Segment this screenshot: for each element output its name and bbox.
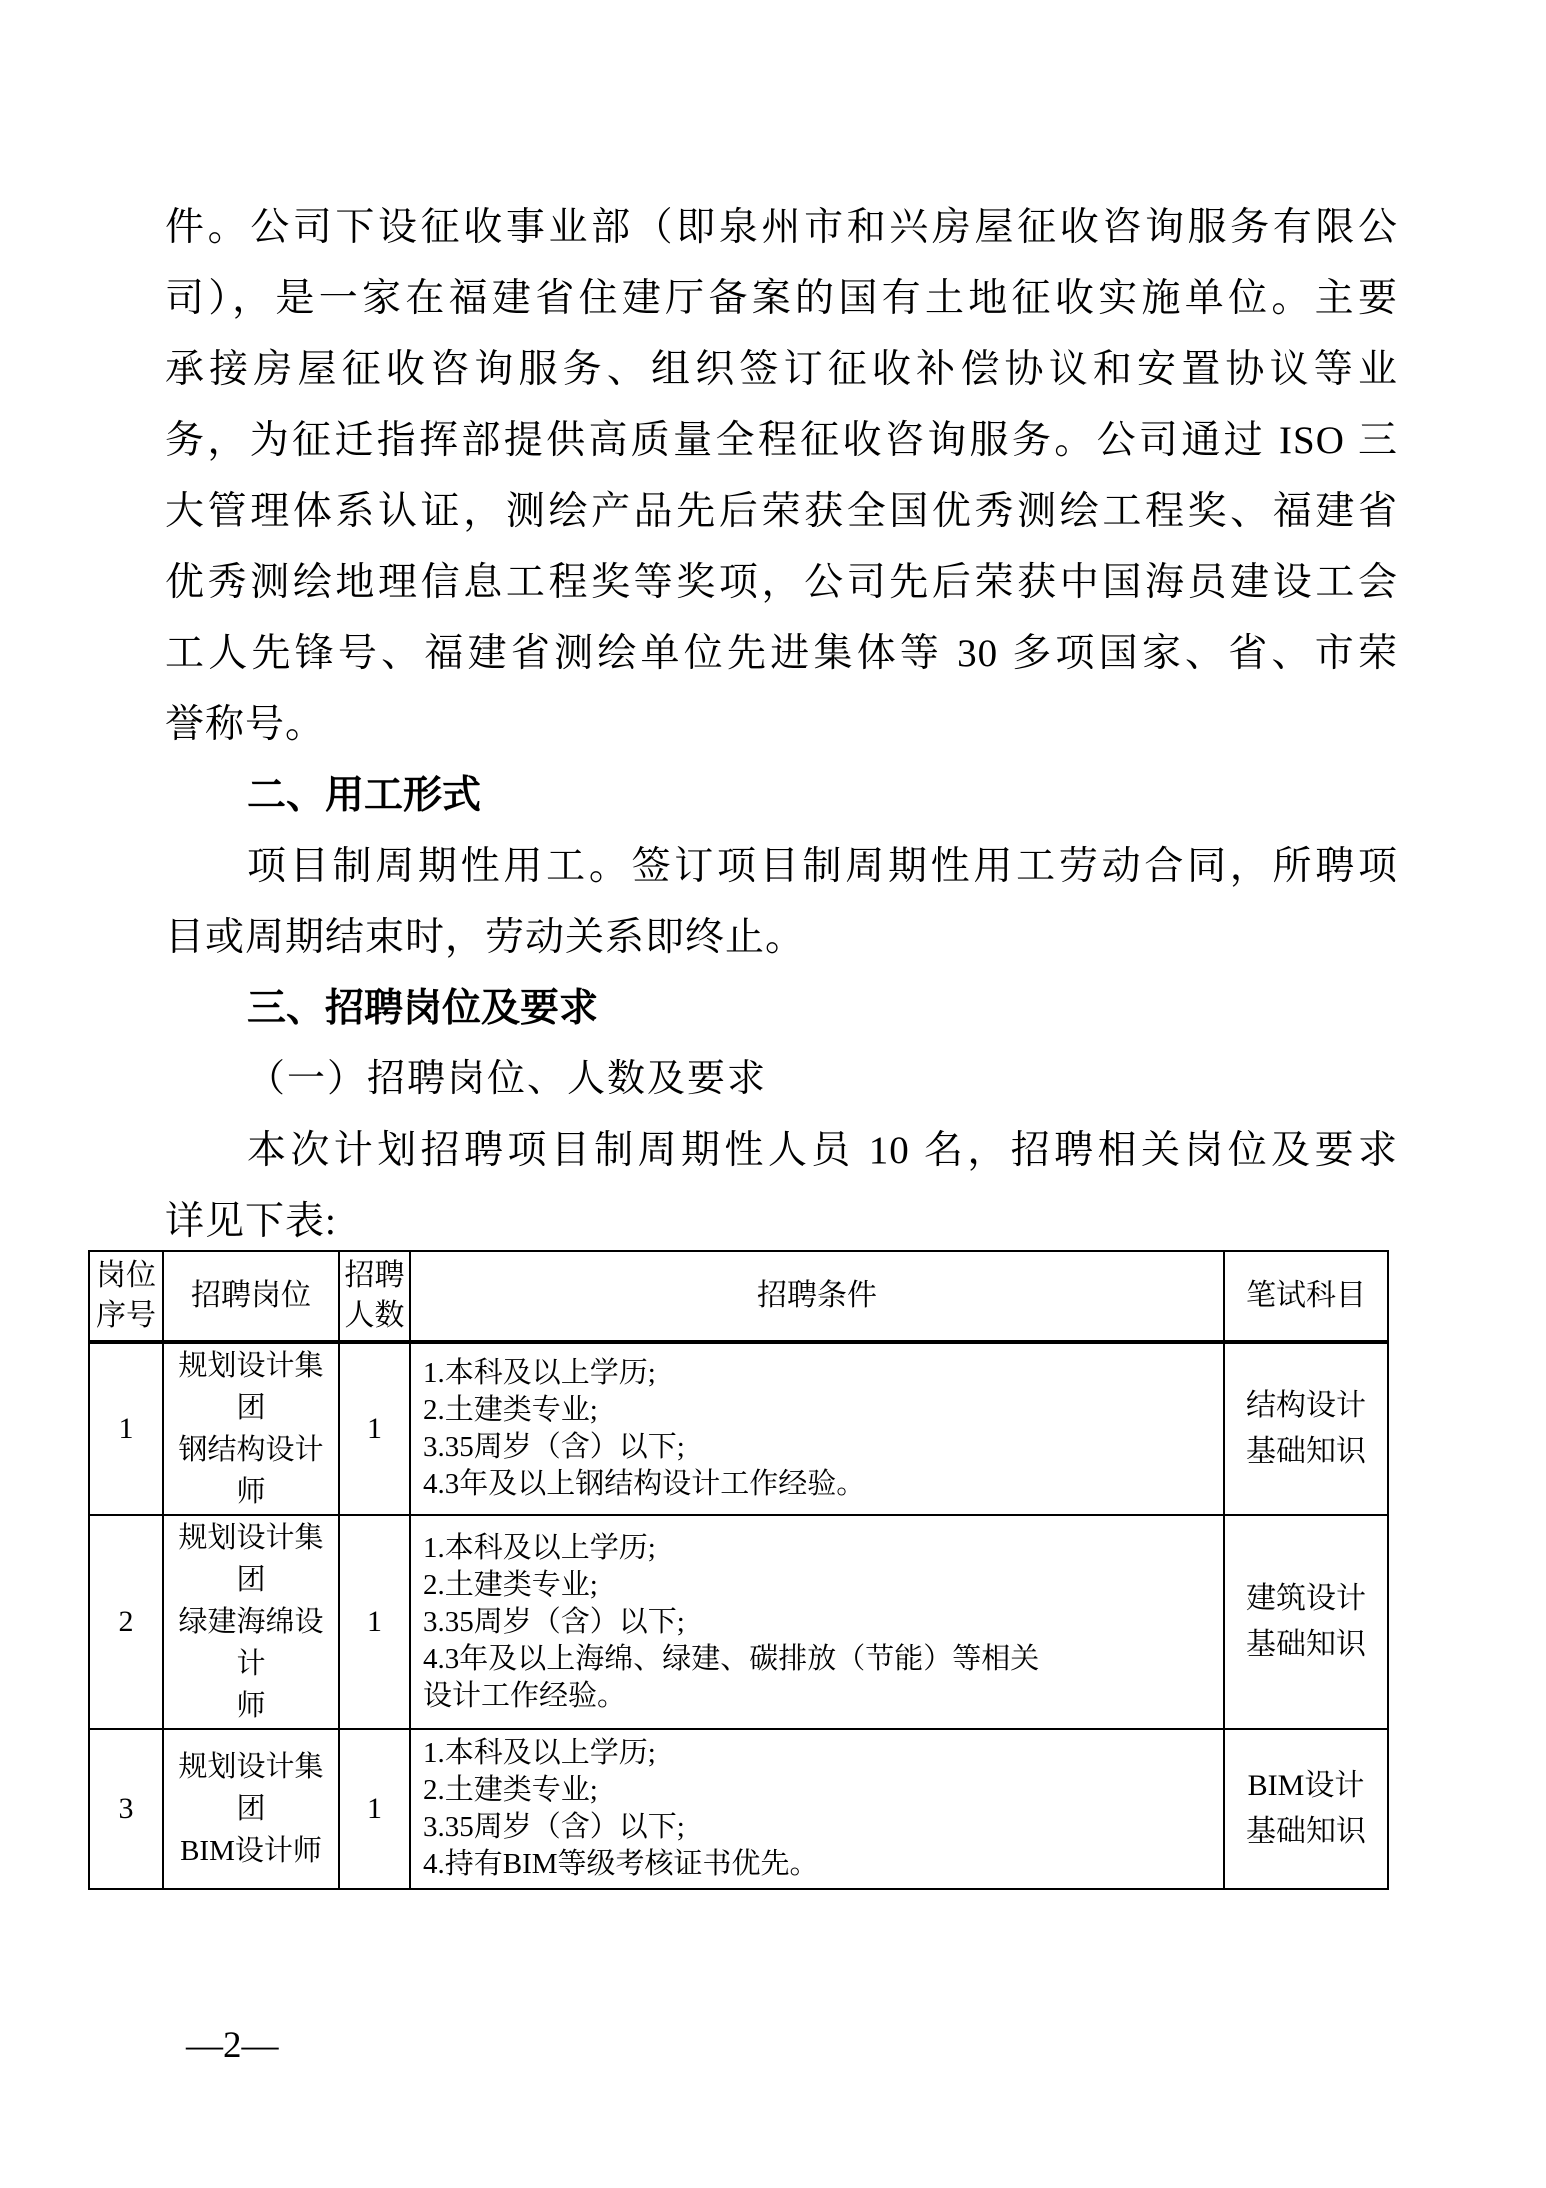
- paragraph-line: 项目制周期性用工。签订项目制周期性用工劳动合同，所聘项: [165, 831, 1398, 902]
- paragraph-line: 详见下表:: [165, 1186, 1398, 1257]
- header-cell-seq: 岗位 序号: [89, 1251, 163, 1342]
- paragraph-line: 优秀测绘地理信息工程奖等奖项，公司先后荣获中国海员建设工会: [165, 547, 1398, 618]
- header-cell-conditions: 招聘条件: [410, 1251, 1224, 1342]
- cell-count: 1: [339, 1515, 410, 1729]
- cell-seq: 1: [89, 1342, 163, 1515]
- paragraph-line: 本次计划招聘项目制周期性人员 10 名，招聘相关岗位及要求: [165, 1115, 1398, 1186]
- section-heading-employment-type: 二、用工形式: [165, 760, 1398, 831]
- section-heading-positions: 三、招聘岗位及要求: [165, 973, 1398, 1044]
- paragraph-line: 承接房屋征收咨询服务、组织签订征收补偿协议和安置协议等业: [165, 334, 1398, 405]
- paragraph-employment-type: 项目制周期性用工。签订项目制周期性用工劳动合同，所聘项 目或周期结束时，劳动关系…: [165, 831, 1398, 973]
- paragraph-line: 务，为征迁指挥部提供高质量全程征收咨询服务。公司通过 ISO 三: [165, 405, 1398, 476]
- cell-exam: 建筑设计 基础知识: [1224, 1515, 1388, 1729]
- cell-count: 1: [339, 1729, 410, 1889]
- table-header-row: 岗位 序号 招聘岗位 招聘 人数 招聘条件 笔试科目: [89, 1251, 1388, 1342]
- cell-exam: 结构设计 基础知识: [1224, 1342, 1388, 1515]
- cell-conditions: 1.本科及以上学历; 2.土建类专业; 3.35周岁（含）以下; 4.持有BIM…: [410, 1729, 1224, 1889]
- paragraph-line: 工人先锋号、福建省测绘单位先进集体等 30 多项国家、省、市荣: [165, 618, 1398, 689]
- recruitment-table: 岗位 序号 招聘岗位 招聘 人数 招聘条件 笔试科目 1 规划设计集团 钢结构设…: [88, 1250, 1389, 1890]
- paragraph-line: 司），是一家在福建省住建厅备案的国有土地征收实施单位。主要: [165, 263, 1398, 334]
- paragraph-line: 大管理体系认证，测绘产品先后荣获全国优秀测绘工程奖、福建省: [165, 476, 1398, 547]
- cell-conditions: 1.本科及以上学历; 2.土建类专业; 3.35周岁（含）以下; 4.3年及以上…: [410, 1515, 1224, 1729]
- cell-position: 规划设计集团 绿建海绵设计 师: [163, 1515, 339, 1729]
- cell-seq: 3: [89, 1729, 163, 1889]
- table-row: 2 规划设计集团 绿建海绵设计 师 1 1.本科及以上学历; 2.土建类专业; …: [89, 1515, 1388, 1729]
- document-page: 件。公司下设征收事业部（即泉州市和兴房屋征收咨询服务有限公 司），是一家在福建省…: [0, 0, 1546, 2188]
- paragraph-company-intro: 件。公司下设征收事业部（即泉州市和兴房屋征收咨询服务有限公 司），是一家在福建省…: [165, 192, 1398, 760]
- header-cell-exam: 笔试科目: [1224, 1251, 1388, 1342]
- subsection-heading-positions: （一）招聘岗位、人数及要求: [165, 1044, 1398, 1115]
- cell-position: 规划设计集团 BIM设计师: [163, 1729, 339, 1889]
- cell-exam: BIM设计 基础知识: [1224, 1729, 1388, 1889]
- header-cell-position: 招聘岗位: [163, 1251, 339, 1342]
- paragraph-line: 目或周期结束时，劳动关系即终止。: [165, 902, 1398, 973]
- cell-count: 1: [339, 1342, 410, 1515]
- paragraph-line: 件。公司下设征收事业部（即泉州市和兴房屋征收咨询服务有限公: [165, 192, 1398, 263]
- document-body: 件。公司下设征收事业部（即泉州市和兴房屋征收咨询服务有限公 司），是一家在福建省…: [165, 192, 1398, 1257]
- cell-conditions: 1.本科及以上学历; 2.土建类专业; 3.35周岁（含）以下; 4.3年及以上…: [410, 1342, 1224, 1515]
- table-row: 3 规划设计集团 BIM设计师 1 1.本科及以上学历; 2.土建类专业; 3.…: [89, 1729, 1388, 1889]
- header-cell-count: 招聘 人数: [339, 1251, 410, 1342]
- table-row: 1 规划设计集团 钢结构设计师 1 1.本科及以上学历; 2.土建类专业; 3.…: [89, 1342, 1388, 1515]
- cell-position: 规划设计集团 钢结构设计师: [163, 1342, 339, 1515]
- page-number: —2—: [186, 2022, 279, 2070]
- cell-seq: 2: [89, 1515, 163, 1729]
- paragraph-recruitment-plan: 本次计划招聘项目制周期性人员 10 名，招聘相关岗位及要求 详见下表:: [165, 1115, 1398, 1257]
- paragraph-line: 誉称号。: [165, 689, 1398, 760]
